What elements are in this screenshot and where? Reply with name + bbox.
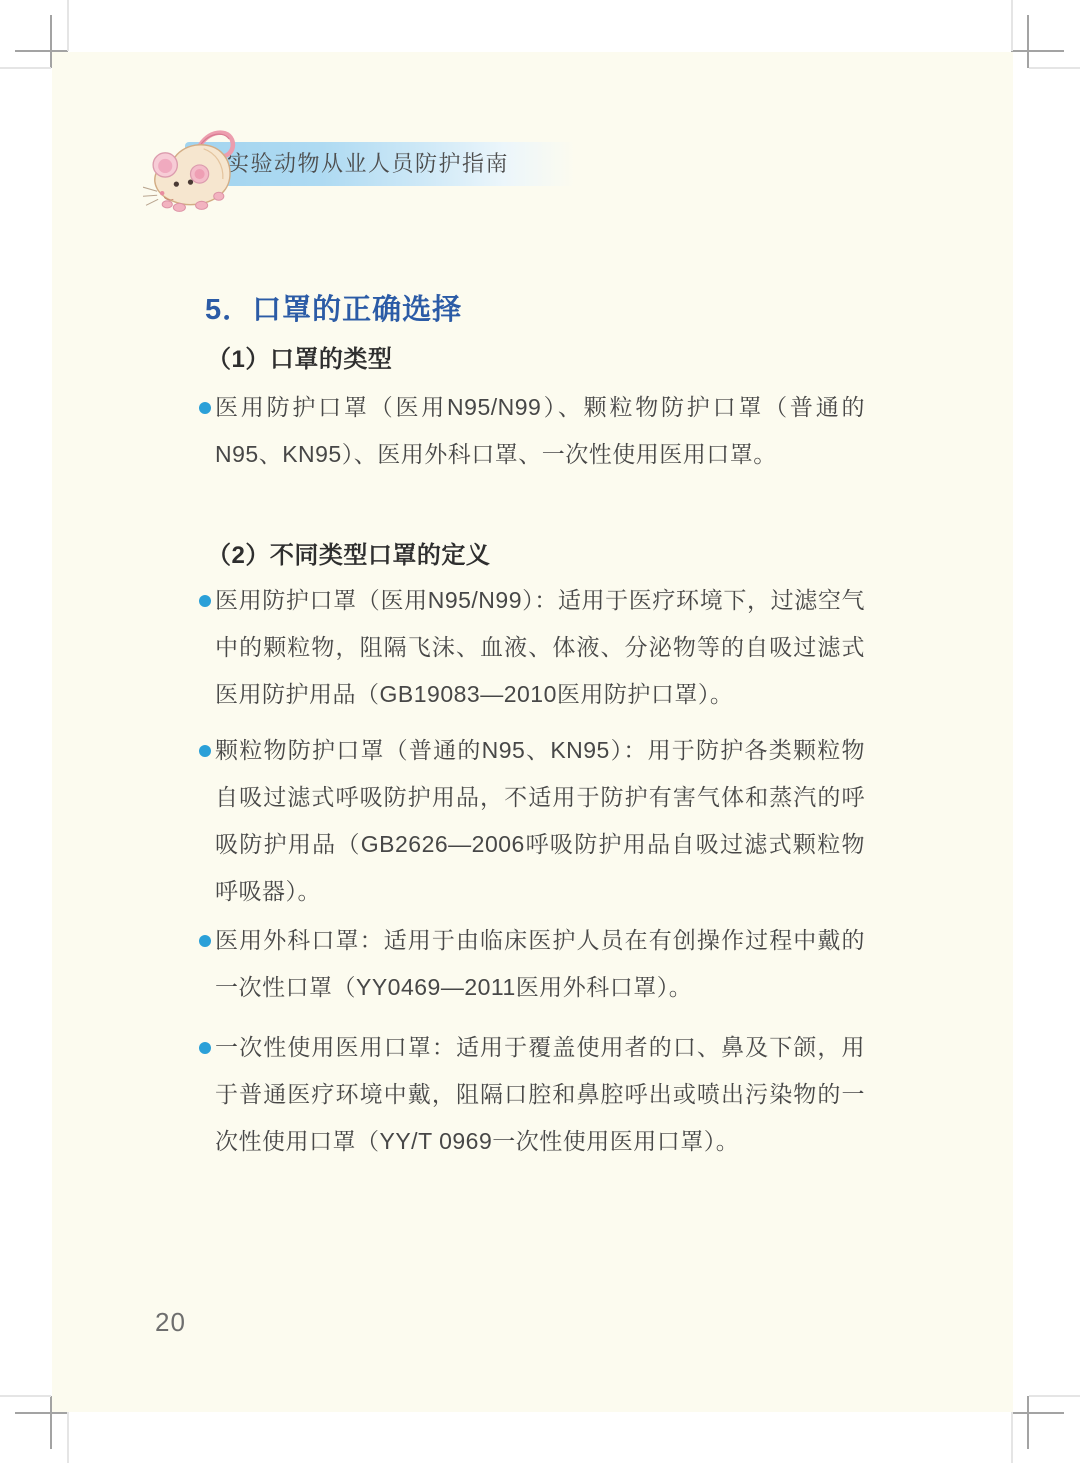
mouse-illustration-icon	[143, 126, 239, 216]
crop-mark	[67, 1412, 69, 1463]
crop-mark	[1011, 0, 1013, 51]
page: 实验动物从业人员防护指南	[52, 52, 1013, 1412]
bullet-text: 颗粒物防护口罩（普通的N95、KN95）：用于防护各类颗粒物自吸过滤式呼吸防护用…	[215, 737, 865, 904]
bullet-paragraph: 医用防护口罩（医用N95/N99）、颗粒物防护口罩（普通的N95、KN95）、医…	[215, 384, 865, 478]
subsection-2-heading: （2）不同类型口罩的定义	[207, 540, 490, 572]
bullet-text: 一次性使用医用口罩：适用于覆盖使用者的口、鼻及下颌，用于普通医疗环境中戴，阻隔口…	[215, 1034, 865, 1154]
header-banner: 实验动物从业人员防护指南	[185, 142, 575, 186]
crop-mark	[67, 0, 69, 51]
bullet-text: 医用外科口罩：适用于由临床医护人员在有创操作过程中戴的一次性口罩（YY0469—…	[215, 927, 865, 1000]
section-title: 5．口罩的正确选择	[205, 290, 462, 330]
bullet-icon	[199, 595, 211, 607]
crop-mark	[0, 67, 51, 69]
bullet-icon	[199, 1042, 211, 1054]
crop-mark	[1011, 50, 1064, 52]
bullet-paragraph: 颗粒物防护口罩（普通的N95、KN95）：用于防护各类颗粒物自吸过滤式呼吸防护用…	[215, 727, 865, 915]
crop-mark	[1027, 1396, 1029, 1449]
document-canvas: 实验动物从业人员防护指南	[0, 0, 1080, 1463]
page-number: 20	[155, 1307, 186, 1338]
header-banner-title: 实验动物从业人员防护指南	[185, 142, 575, 186]
bullet-icon	[199, 935, 211, 947]
crop-mark	[1029, 1395, 1080, 1397]
crop-mark	[1029, 67, 1080, 69]
subsection-1-heading: （1）口罩的类型	[207, 344, 392, 376]
bullet-text: 医用防护口罩（医用N95/N99）、颗粒物防护口罩（普通的N95、KN95）、医…	[215, 394, 865, 467]
bullet-paragraph: 医用外科口罩：适用于由临床医护人员在有创操作过程中戴的一次性口罩（YY0469—…	[215, 917, 865, 1011]
bullet-paragraph: 医用防护口罩（医用N95/N99）：适用于医疗环境下，过滤空气中的颗粒物，阻隔飞…	[215, 577, 865, 718]
crop-mark	[0, 1395, 51, 1397]
bullet-paragraph: 一次性使用医用口罩：适用于覆盖使用者的口、鼻及下颌，用于普通医疗环境中戴，阻隔口…	[215, 1024, 865, 1165]
crop-mark	[1011, 1412, 1013, 1463]
bullet-icon	[199, 745, 211, 757]
crop-mark	[1011, 1412, 1064, 1414]
crop-mark	[1027, 15, 1029, 68]
bullet-text: 医用防护口罩（医用N95/N99）：适用于医疗环境下，过滤空气中的颗粒物，阻隔飞…	[215, 587, 865, 707]
bullet-icon	[199, 402, 211, 414]
crop-mark	[15, 1412, 68, 1414]
